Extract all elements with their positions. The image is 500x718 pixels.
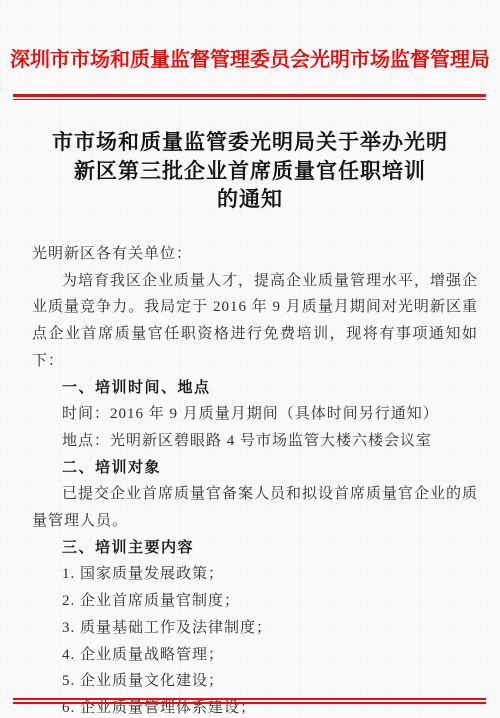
agency-letterhead: 深圳市市场和质量监督管理委员会光明市场监督管理局 (0, 38, 500, 82)
separator-thin-line (13, 99, 486, 100)
notice-title: 市市场和质量监管委光明局关于举办光明 新区第三批企业首席质量官任职培训 的通知 (0, 128, 500, 214)
salutation-line: 光明新区各有关单位： (32, 241, 478, 268)
section-1-heading: 一、培训时间、地点 (32, 375, 478, 402)
content-item-2: 2. 企业首席质量官制度； (32, 588, 478, 615)
section-2-heading: 二、培训对象 (32, 455, 478, 482)
notice-title-line-1: 市市场和质量监管委光明局关于举办光明 (0, 128, 500, 157)
training-place-line: 地点：光明新区碧眼路 4 号市场监管大楼六楼会议室 (32, 428, 478, 455)
notice-document-page: 深圳市市场和质量监督管理委员会光明市场监督管理局 市市场和质量监管委光明局关于举… (0, 0, 500, 718)
notice-title-line-2: 新区第三批企业首席质量官任职培训 (0, 157, 500, 186)
target-audience-paragraph: 已提交企业首席质量官备案人员和拟设首席质量官企业的质量管理人员。 (32, 481, 478, 534)
content-item-4: 4. 企业质量战略管理； (32, 642, 478, 669)
section-3-heading: 三、培训主要内容 (32, 535, 478, 562)
content-item-1: 1. 国家质量发展政策； (32, 561, 478, 588)
intro-paragraph: 为培育我区企业质量人才，提高企业质量管理水平，增强企业质量竞争力。我局定于 20… (32, 268, 478, 375)
content-item-3: 3. 质量基础工作及法律制度； (32, 615, 478, 642)
notice-title-line-3: 的通知 (0, 185, 500, 214)
content-item-5: 5. 企业质量文化建设； (32, 668, 478, 695)
training-time-line: 时间：2016 年 9 月质量月期间（具体时间另行通知） (32, 401, 478, 428)
notice-body: 光明新区各有关单位： 为培育我区企业质量人才，提高企业质量管理水平，增强企业质量… (32, 241, 478, 718)
separator-thick-line (13, 702, 486, 705)
page-bottom-separator-line (13, 698, 486, 704)
letterhead-separator-line (13, 94, 486, 100)
